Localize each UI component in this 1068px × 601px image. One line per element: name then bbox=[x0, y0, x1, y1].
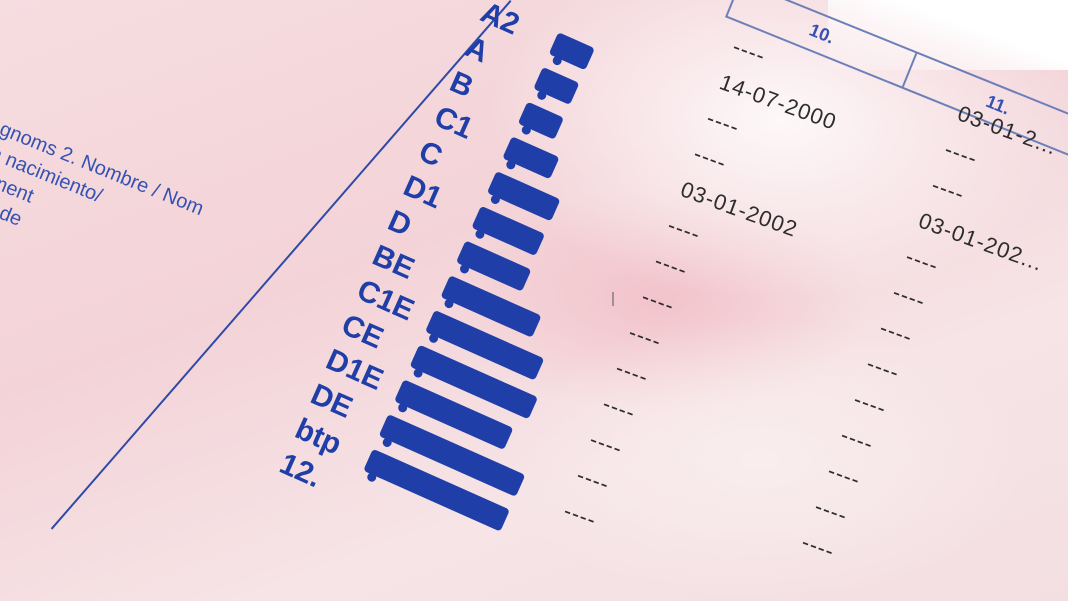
personal-field-labels: ...gnoms 2. Nombre / Nom ...n nacimiento… bbox=[0, 110, 207, 318]
motorcycle-icon bbox=[533, 67, 579, 105]
expiry-date-column: 03-01-2...--------03-01-202...----------… bbox=[796, 95, 1068, 601]
motorcycle-icon bbox=[549, 32, 595, 70]
mark bbox=[612, 292, 614, 306]
motorcycle-icon bbox=[518, 102, 564, 140]
driving-licence: ...gnoms 2. Nombre / Nom ...n nacimiento… bbox=[0, 0, 1068, 601]
